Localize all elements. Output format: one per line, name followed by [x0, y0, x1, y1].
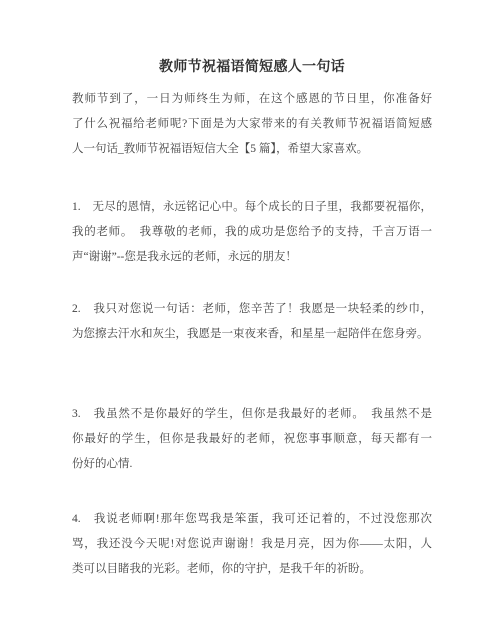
paragraph-item-2: 2. 我只对您说一句话：老师，您辛苦了！我愿是一块轻柔的纱巾，为您擦去汗水和灰尘… — [72, 297, 432, 347]
paragraph-item-4: 4. 我说老师啊!那年您骂我是笨蛋，我可还记着的，不过没您那次骂，我还没今天呢!… — [72, 507, 432, 582]
text-line: 4. 我说老师啊!那年您骂我是笨蛋，我可还记着的，不过没您那次 — [72, 507, 432, 532]
text-line: 我的老师。 我尊敬的老师，我的成功是您给予的支持，千言万语一 — [72, 220, 432, 245]
text-line: 类可以目睹我的光彩。老师，你的守护，是我千年的祈盼。 — [72, 557, 432, 582]
text-line: 你最好的学生，但你是我最好的老师，祝您事事顺意，每天都有一 — [72, 427, 432, 452]
paragraph-list: 教师节到了，一日为师终生为师，在这个感恩的节日里，你准备好了什么祝福给老师呢?下… — [72, 87, 432, 582]
text-line: 骂，我还没今天呢!对您说声谢谢！我是月亮，因为你——太阳，人 — [72, 532, 432, 557]
text-line: 份好的心情. — [72, 452, 432, 477]
paragraph-intro: 教师节到了，一日为师终生为师，在这个感恩的节日里，你准备好了什么祝福给老师呢?下… — [72, 87, 432, 162]
text-line: 3. 我虽然不是你最好的学生，但你是我最好的老师。 我虽然不是 — [72, 402, 432, 427]
text-line: 2. 我只对您说一句话：老师，您辛苦了！我愿是一块轻柔的纱巾， — [72, 297, 432, 322]
text-line: 声“谢谢”--您是我永远的老师，永远的朋友！ — [72, 245, 432, 270]
text-line: 了什么祝福给老师呢?下面是为大家带来的有关教师节祝福语简短感 — [72, 112, 432, 137]
document-title: 教师节祝福语简短感人一句话 — [72, 57, 432, 79]
text-line: 1. 无尽的恩情，永远铭记心中。每个成长的日子里，我都要祝福你， — [72, 195, 432, 220]
text-line: 人一句话_教师节祝福语短信大全【5 篇】，希望大家喜欢。 — [72, 137, 432, 162]
text-line: 教师节到了，一日为师终生为师，在这个感恩的节日里，你准备好 — [72, 87, 432, 112]
document-page: 教师节祝福语简短感人一句话 教师节到了，一日为师终生为师，在这个感恩的节日里，你… — [0, 0, 500, 636]
text-line: 为您擦去汗水和灰尘，我愿是一束夜来香，和星星一起陪伴在您身旁。 — [72, 322, 432, 347]
paragraph-item-1: 1. 无尽的恩情，永远铭记心中。每个成长的日子里，我都要祝福你，我的老师。 我尊… — [72, 195, 432, 270]
paragraph-item-3: 3. 我虽然不是你最好的学生，但你是我最好的老师。 我虽然不是你最好的学生，但你… — [72, 402, 432, 477]
